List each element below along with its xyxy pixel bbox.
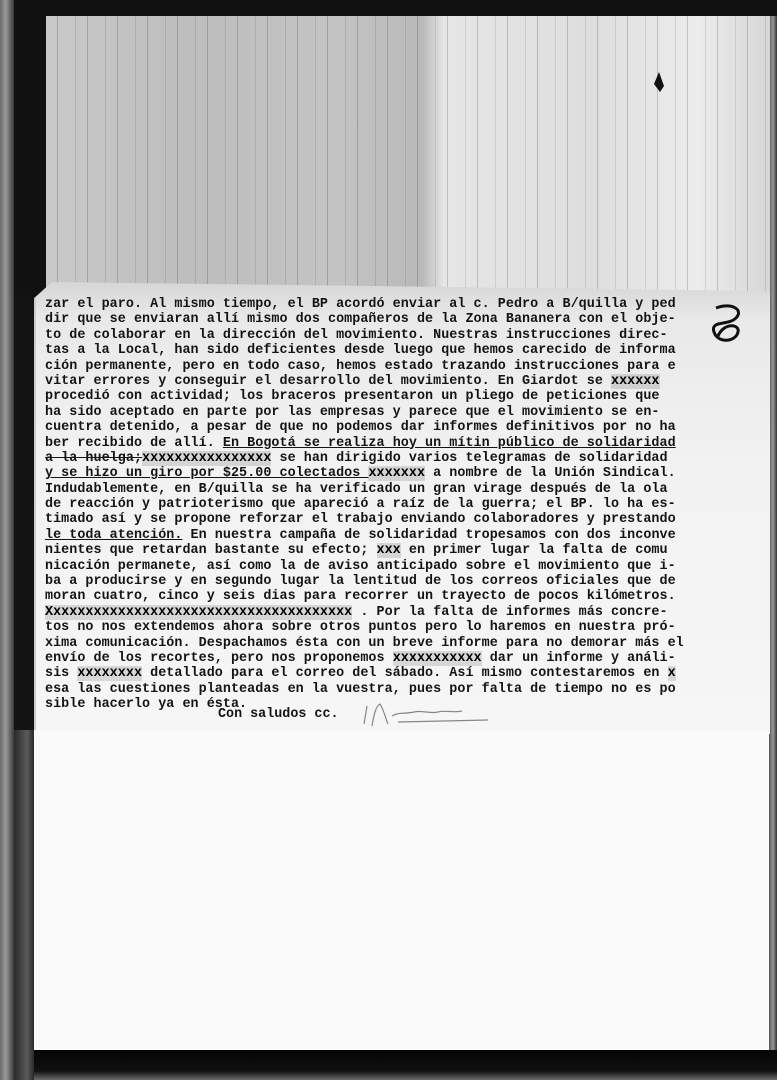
text-line: y se hizo un giro por $25.00 colectados … bbox=[45, 466, 765, 481]
signature-icon bbox=[358, 700, 498, 728]
blank-upper-sheet bbox=[46, 16, 770, 301]
struck-out-text: x bbox=[668, 666, 676, 681]
text-segment: vitar errores y conseguir el desarrollo … bbox=[45, 374, 611, 389]
text-line: procedió con actividad; los braceros pre… bbox=[45, 389, 765, 404]
text-segment: procedió con actividad; los braceros pre… bbox=[45, 389, 660, 404]
text-segment: se han dirigido varios telegramas de sol… bbox=[271, 451, 667, 466]
text-segment: cuentra detenido, a pesar de que no pode… bbox=[45, 420, 676, 435]
text-line: de reacción y patrioterismo que apareció… bbox=[45, 497, 765, 512]
text-segment: En Bogotá se realiza hoy un mítin públic… bbox=[223, 436, 676, 451]
scan-shadow-bottom-left bbox=[14, 730, 36, 1080]
text-segment: zar el paro. Al mismo tiempo, el BP acor… bbox=[45, 297, 676, 312]
text-segment: Indudablemente, en B/quilla se ha verifi… bbox=[45, 482, 668, 497]
text-segment: ción permanente, pero en todo caso, hemo… bbox=[45, 359, 676, 374]
struck-out-text: xxxxxxx bbox=[368, 466, 425, 481]
text-line: to de colaborar en la dirección del movi… bbox=[45, 328, 765, 343]
text-segment: xima comunicación. Despachamos ésta con … bbox=[45, 636, 684, 651]
text-line: nientes que retardan bastante su efecto;… bbox=[45, 543, 765, 558]
text-segment: En nuestra campaña de solidaridad tropes… bbox=[182, 528, 675, 543]
text-segment: de reacción y patrioterismo que apareció… bbox=[45, 497, 676, 512]
struck-out-text: Xxxxxxxxxxxxxxxxxxxxxxxxxxxxxxxxxxxxxx bbox=[45, 605, 352, 620]
text-line: vitar errores y conseguir el desarrollo … bbox=[45, 374, 765, 389]
scanner-edge-left bbox=[0, 0, 14, 1080]
text-line: dir que se enviaran allí mismo dos compa… bbox=[45, 312, 765, 327]
text-line: ha sido aceptado en parte por las empres… bbox=[45, 405, 765, 420]
text-segment: ba a producirse y en segundo lugar la le… bbox=[45, 574, 676, 589]
text-segment: dir que se enviaran allí mismo dos compa… bbox=[45, 312, 676, 327]
text-line: moran cuatro, cinco y seis dias para rec… bbox=[45, 589, 765, 604]
scanned-document: zar el paro. Al mismo tiempo, el BP acor… bbox=[0, 0, 777, 1080]
struck-out-text: xxxxxxxx bbox=[77, 666, 142, 681]
text-segment: detallado para el correo del sábado. Así… bbox=[142, 666, 668, 681]
text-line: xima comunicación. Despachamos ésta con … bbox=[45, 636, 765, 651]
text-segment: to de colaborar en la dirección del movi… bbox=[45, 328, 668, 343]
handwritten-margin-mark-icon bbox=[702, 302, 746, 350]
text-line: tos no nos extendemos ahora sobre otros … bbox=[45, 620, 765, 635]
text-segment: . Por la falta de informes más concre- bbox=[352, 605, 667, 620]
text-segment: esa las cuestiones planteadas en la vues… bbox=[45, 682, 676, 697]
text-line: tas a la Local, han sido deficientes des… bbox=[45, 343, 765, 358]
scanner-edge-right bbox=[769, 16, 777, 1080]
blank-lower-sheet bbox=[34, 730, 769, 1050]
letter-body: zar el paro. Al mismo tiempo, el BP acor… bbox=[45, 297, 765, 713]
struck-out-text: xxxxxxxxxxx bbox=[393, 651, 482, 666]
text-segment: tas a la Local, han sido deficientes des… bbox=[45, 343, 676, 358]
text-segment: a la huelga; bbox=[45, 451, 142, 466]
text-segment: timado así y se propone reforzar el trab… bbox=[45, 512, 676, 527]
text-segment: sible hacerlo ya en ésta. bbox=[45, 697, 247, 712]
text-segment: ha sido aceptado en parte por las empres… bbox=[45, 405, 660, 420]
text-line: envío de los recortes, pero nos proponem… bbox=[45, 651, 765, 666]
text-segment: tos no nos extendemos ahora sobre otros … bbox=[45, 620, 676, 635]
struck-out-text: xxxxxxxxxxxxxxxx bbox=[142, 451, 271, 466]
text-line: zar el paro. Al mismo tiempo, el BP acor… bbox=[45, 297, 765, 312]
text-segment: ber recibido de allí. bbox=[45, 436, 223, 451]
text-line: ba a producirse y en segundo lugar la le… bbox=[45, 574, 765, 589]
struck-out-text: xxx bbox=[377, 543, 401, 558]
text-line: le toda atención. En nuestra campaña de … bbox=[45, 528, 765, 543]
text-line: timado así y se propone reforzar el trab… bbox=[45, 512, 765, 527]
text-segment: y se hizo un giro por $25.00 colectados bbox=[45, 466, 368, 481]
closing-salutation: Con saludos cc. bbox=[218, 707, 339, 722]
text-segment: le toda atención. bbox=[45, 528, 182, 543]
text-segment: en primer lugar la falta de comu bbox=[401, 543, 668, 558]
text-line: ber recibido de allí. En Bogotá se reali… bbox=[45, 436, 765, 451]
scan-shadow-left bbox=[14, 295, 34, 735]
text-line: a la huelga;xxxxxxxxxxxxxxxx se han diri… bbox=[45, 451, 765, 466]
text-segment: nicación permanete, así como la de aviso… bbox=[45, 559, 676, 574]
scan-shadow-bottom bbox=[34, 1050, 777, 1080]
struck-out-text: xxxxxx bbox=[611, 374, 660, 389]
text-segment: a nombre de la Unión Sindical. bbox=[425, 466, 676, 481]
text-line: ción permanente, pero en todo caso, hemo… bbox=[45, 359, 765, 374]
text-segment: dar un informe y análi- bbox=[482, 651, 676, 666]
text-line: nicación permanete, así como la de aviso… bbox=[45, 559, 765, 574]
text-line: sis xxxxxxxx detallado para el correo de… bbox=[45, 666, 765, 681]
text-segment: nientes que retardan bastante su efecto; bbox=[45, 543, 377, 558]
ink-blot-mark bbox=[654, 72, 664, 92]
text-line: esa las cuestiones planteadas en la vues… bbox=[45, 682, 765, 697]
text-line: Xxxxxxxxxxxxxxxxxxxxxxxxxxxxxxxxxxxxxx .… bbox=[45, 605, 765, 620]
text-segment: moran cuatro, cinco y seis dias para rec… bbox=[45, 589, 676, 604]
text-line: cuentra detenido, a pesar de que no pode… bbox=[45, 420, 765, 435]
text-line: Indudablemente, en B/quilla se ha verifi… bbox=[45, 482, 765, 497]
text-segment: envío de los recortes, pero nos proponem… bbox=[45, 651, 393, 666]
text-segment: sis bbox=[45, 666, 77, 681]
